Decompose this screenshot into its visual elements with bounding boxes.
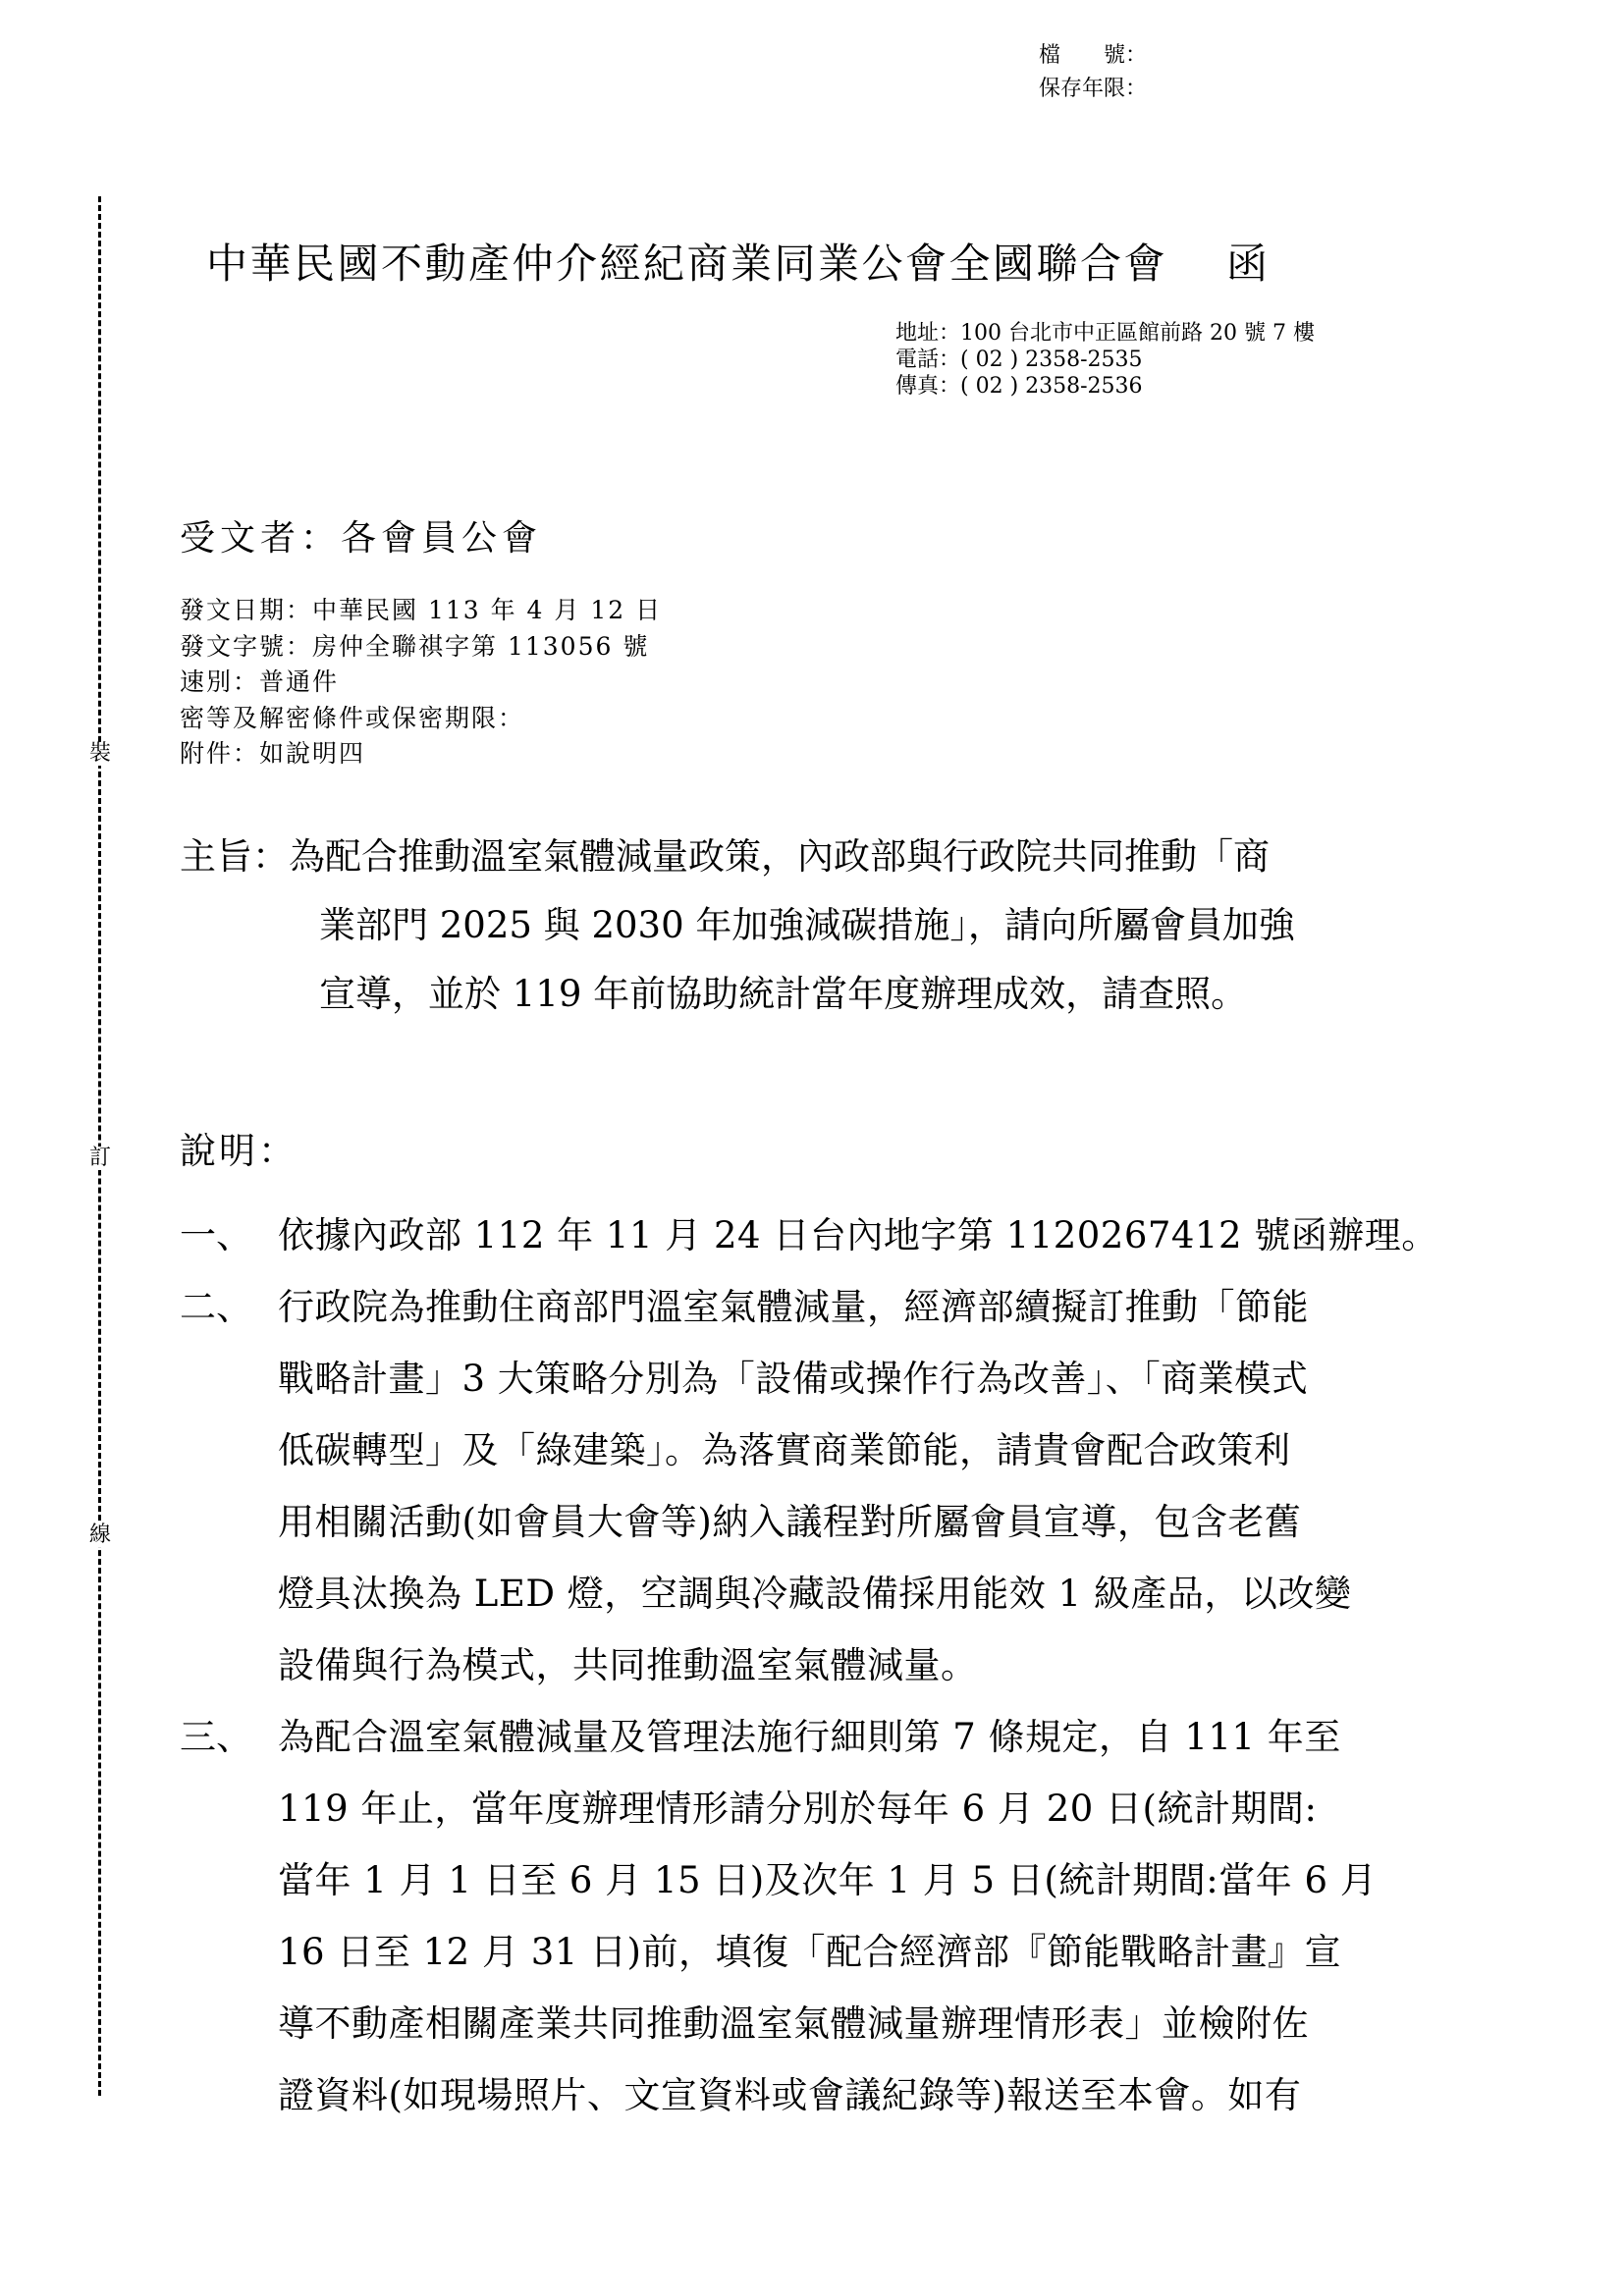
file-number-label: 檔 號：: [1039, 39, 1147, 73]
item-line: 用相關活動(如會員大會等)納入議程對所屬會員宣導，包含老舊: [278, 1486, 1515, 1558]
document-number: 發文字號：房仲全聯祺字第 113056 號: [180, 629, 662, 666]
item-line: 行政院為推動住商部門溫室氣體減量，經濟部續擬訂推動「節能: [278, 1271, 1515, 1343]
explanation-item-2: 二、 行政院為推動住商部門溫室氣體減量，經濟部續擬訂推動「節能 戰略計畫」3 大…: [180, 1271, 1515, 1701]
contact-info: 地址：100 台北市中正區館前路 20 號 7 樓 電話：( 02 ) 2358…: [895, 320, 1315, 400]
item-line: 16 日至 12 月 31 日)前，填復「配合經濟部『節能戰略計畫』宣: [278, 1916, 1515, 1988]
item-line: 設備與行為模式，共同推動溫室氣體減量。: [278, 1629, 1515, 1701]
document-meta: 發文日期：中華民國 113 年 4 月 12 日 發文字號：房仲全聯祺字第 11…: [180, 593, 662, 773]
retention-period-label: 保存年限：: [1039, 73, 1147, 106]
subject-section: 主旨：為配合推動溫室氣體減量政策，內政部與行政院共同推動「商 業部門 2025 …: [180, 823, 1486, 1029]
address-line: 地址：100 台北市中正區館前路 20 號 7 樓: [895, 320, 1315, 347]
item-line: 119 年止，當年度辦理情形請分別於每年 6 月 20 日(統計期間:: [278, 1773, 1515, 1844]
explanation-list: 一、 依據內政部 112 年 11 月 24 日台內地字第 1120267412…: [180, 1200, 1515, 2131]
item-line: 導不動產相關產業共同推動溫室氣體減量辦理情形表」並檢附佐: [278, 1988, 1515, 2059]
document-title: 中華民國不動產仲介經紀商業同業公會全國聯合會函: [206, 232, 1271, 291]
item-line: 燈具汰換為 LED 燈，空調與冷藏設備採用能效 1 級產品，以改變: [278, 1558, 1515, 1629]
document-type: 函: [1226, 240, 1271, 288]
item-line: 為配合溫室氣體減量及管理法施行細則第 7 條規定，自 111 年至: [278, 1701, 1515, 1773]
subject-line: 宣導，並於 119 年前協助統計當年度辦理成效，請查照。: [180, 960, 1486, 1029]
item-number: 三、: [180, 1701, 252, 1773]
phone-line: 電話：( 02 ) 2358-2535: [895, 347, 1315, 373]
fax-line: 傳真：( 02 ) 2358-2536: [895, 373, 1315, 400]
item-line: 低碳轉型」及「綠建築」。為落實商業節能，請貴會配合政策利: [278, 1415, 1515, 1486]
organization-name: 中華民國不動產仲介經紀商業同業公會全國聯合會: [206, 240, 1167, 288]
binding-mark-xian: 線: [86, 1523, 114, 1547]
explanation-label: 說明：: [180, 1121, 298, 1174]
explanation-item-1: 一、 依據內政部 112 年 11 月 24 日台內地字第 1120267412…: [180, 1200, 1515, 1271]
issue-date: 發文日期：中華民國 113 年 4 月 12 日: [180, 593, 662, 629]
classification: 密等及解密條件或保密期限：: [180, 701, 662, 737]
item-number: 一、: [180, 1200, 252, 1271]
recipient: 受文者：各會員公會: [180, 510, 542, 561]
item-line: 戰略計畫」3 大策略分別為「設備或操作行為改善」、「商業模式: [278, 1343, 1515, 1415]
binding-mark-zhuang: 裝: [86, 742, 114, 766]
explanation-item-3: 三、 為配合溫室氣體減量及管理法施行細則第 7 條規定，自 111 年至 119…: [180, 1701, 1515, 2131]
attachment: 附件：如說明四: [180, 736, 662, 773]
item-number: 二、: [180, 1271, 252, 1343]
document-page: 裝 訂 線 檔 號： 保存年限： 中華民國不動產仲介經紀商業同業公會全國聯合會函…: [0, 0, 1624, 2296]
subject-line: 主旨：為配合推動溫室氣體減量政策，內政部與行政院共同推動「商: [180, 823, 1486, 891]
delivery-speed: 速別：普通件: [180, 665, 662, 701]
binding-mark-ding: 訂: [86, 1147, 114, 1170]
subject-line: 業部門 2025 與 2030 年加強減碳措施」，請向所屬會員加強: [180, 891, 1486, 960]
item-line: 證資料(如現場照片、文宣資料或會議紀錄等)報送至本會。如有: [278, 2059, 1515, 2131]
item-line: 依據內政部 112 年 11 月 24 日台內地字第 1120267412 號函…: [278, 1200, 1515, 1271]
item-line: 當年 1 月 1 日至 6 月 15 日)及次年 1 月 5 日(統計期間:當年…: [278, 1844, 1515, 1916]
file-meta: 檔 號： 保存年限：: [1039, 39, 1147, 106]
